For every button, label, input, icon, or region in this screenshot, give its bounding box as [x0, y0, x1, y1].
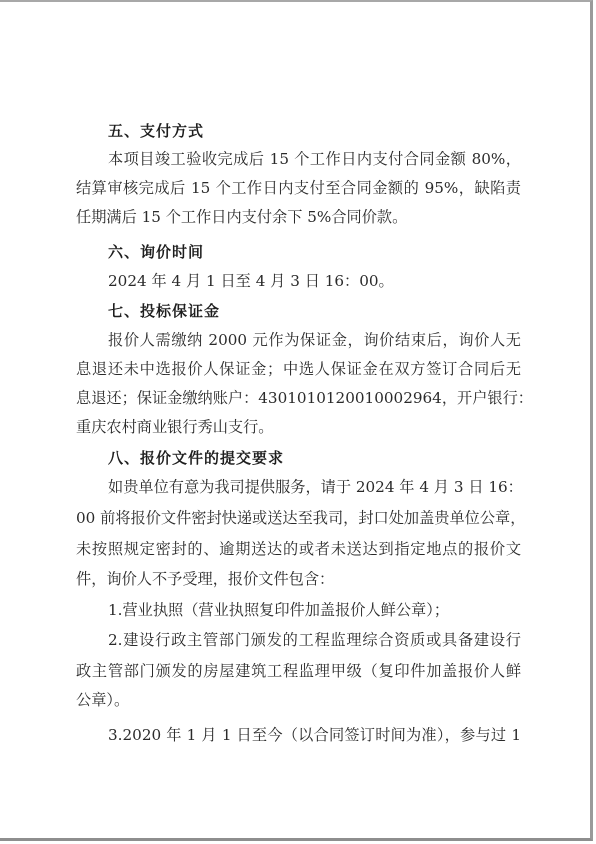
requirement-item-3: 3.2020 年 1 月 1 日至今（以合同签订时间为准），参与过 1 — [108, 725, 521, 745]
requirement-item-2-line: 政主管部门颁发的房屋建筑工程监理甲级（复印件加盖报价人鲜 — [76, 661, 521, 681]
section-heading-bid-bond: 七、投标保证金 — [108, 301, 220, 321]
bid-bond-text-line: 息退还未中选报价人保证金；中选人保证金在双方签订合同后无 — [76, 359, 521, 379]
section-heading-payment: 五、支付方式 — [108, 121, 204, 141]
document-page: 五、支付方式 本项目竣工验收完成后 15 个工作日内支付合同金额 80%， 结算… — [0, 0, 593, 841]
bid-bond-text-line: 重庆农村商业银行秀山支行。 — [76, 417, 521, 437]
requirement-item-1: 1.营业执照（营业执照复印件加盖报价人鲜公章）； — [108, 600, 521, 620]
section-heading-inquiry-time: 六、询价时间 — [108, 242, 204, 262]
inquiry-time-text: 2024 年 4 月 1 日至 4 月 3 日 16：00。 — [108, 271, 521, 291]
submission-text-line: 如贵单位有意为我司提供服务，请于 2024 年 4 月 3 日 16： — [108, 477, 521, 497]
payment-text-line: 任期满后 15 个工作日内支付余下 5%合同价款。 — [76, 207, 521, 227]
requirement-item-2-line: 公章）。 — [76, 690, 521, 710]
submission-text-line: 件，询价人不予受理，报价文件包含： — [76, 569, 521, 589]
payment-text-line: 本项目竣工验收完成后 15 个工作日内支付合同金额 80%， — [108, 149, 521, 169]
payment-text-line: 结算审核完成后 15 个工作日内支付至合同金额的 95%，缺陷责 — [76, 178, 521, 198]
bid-bond-text-line: 报价人需缴纳 2000 元作为保证金，询价结束后，询价人无 — [108, 330, 521, 350]
section-heading-submission: 八、报价文件的提交要求 — [108, 448, 284, 468]
submission-text-line: 00 前将报价文件密封快递或送达至我司，封口处加盖贵单位公章， — [76, 508, 521, 528]
submission-text-line: 未按照规定密封的、逾期送达的或者未送达到指定地点的报价文 — [76, 539, 521, 559]
requirement-item-2-line: 2.建设行政主管部门颁发的工程监理综合资质或具备建设行 — [108, 630, 521, 650]
bid-bond-text-line: 息退还；保证金缴纳账户：4301010120010002964，开户银行： — [76, 388, 521, 408]
